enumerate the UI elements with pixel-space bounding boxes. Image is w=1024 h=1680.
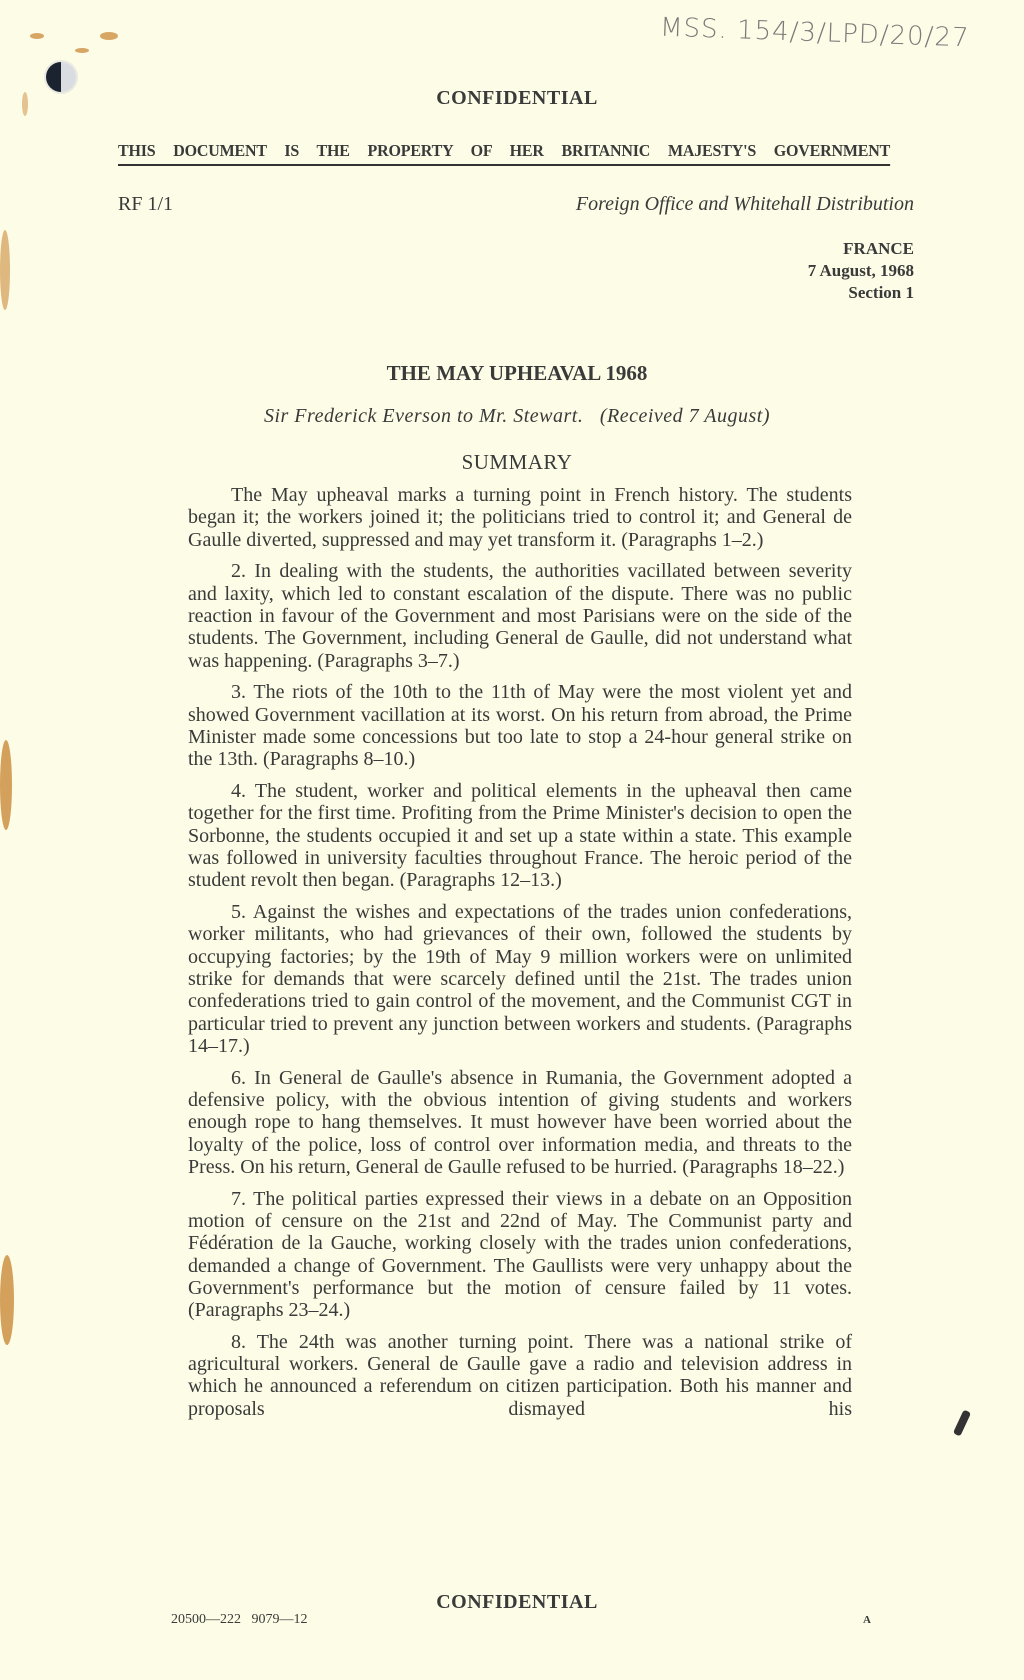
paragraph: 8. The 24th was another turning point. T… bbox=[188, 1331, 852, 1420]
property-notice: THIS DOCUMENT IS THE PROPERTY OF HER BRI… bbox=[118, 141, 890, 166]
document-date: 7 August, 1968 bbox=[808, 260, 914, 282]
country: FRANCE bbox=[808, 238, 914, 260]
rust-stain bbox=[100, 32, 118, 40]
paragraph: 4. The student, worker and political ele… bbox=[188, 780, 852, 891]
print-code: 20500—222 9079—12 bbox=[171, 1612, 308, 1628]
paragraph: The May upheaval marks a turning point i… bbox=[188, 484, 852, 551]
paragraph: 7. The political parties expressed their… bbox=[188, 1188, 852, 1322]
paragraph: 6. In General de Gaulle's absence in Rum… bbox=[188, 1067, 852, 1178]
document-meta: FRANCE 7 August, 1968 Section 1 bbox=[808, 238, 914, 304]
signature-mark: A bbox=[863, 1614, 871, 1626]
section-label: Section 1 bbox=[808, 282, 914, 304]
distribution-line: Foreign Office and Whitehall Distributio… bbox=[576, 193, 914, 216]
summary-body: The May upheaval marks a turning point i… bbox=[188, 484, 852, 1430]
summary-heading: SUMMARY bbox=[0, 450, 1024, 475]
rust-stain bbox=[0, 230, 10, 310]
paragraph: 2. In dealing with the students, the aut… bbox=[188, 560, 852, 671]
classification-header: CONFIDENTIAL bbox=[0, 87, 1024, 110]
archive-reference: MSS. 154/3/LPD/20/27 bbox=[660, 13, 970, 54]
rust-stain bbox=[0, 1255, 14, 1345]
document-subtitle: Sir Frederick Everson to Mr. Stewart. (R… bbox=[0, 405, 1024, 428]
paragraph: 5. Against the wishes and expectations o… bbox=[188, 901, 852, 1057]
rust-stain bbox=[30, 33, 44, 39]
paragraph: 3. The riots of the 10th to the 11th of … bbox=[188, 681, 852, 770]
rust-stain bbox=[0, 740, 12, 830]
document-reference: RF 1/1 bbox=[118, 193, 173, 216]
classification-footer: CONFIDENTIAL bbox=[0, 1591, 1024, 1614]
rust-stain bbox=[75, 48, 89, 53]
ink-mark bbox=[953, 1410, 971, 1437]
document-title: THE MAY UPHEAVAL 1968 bbox=[0, 361, 1024, 386]
